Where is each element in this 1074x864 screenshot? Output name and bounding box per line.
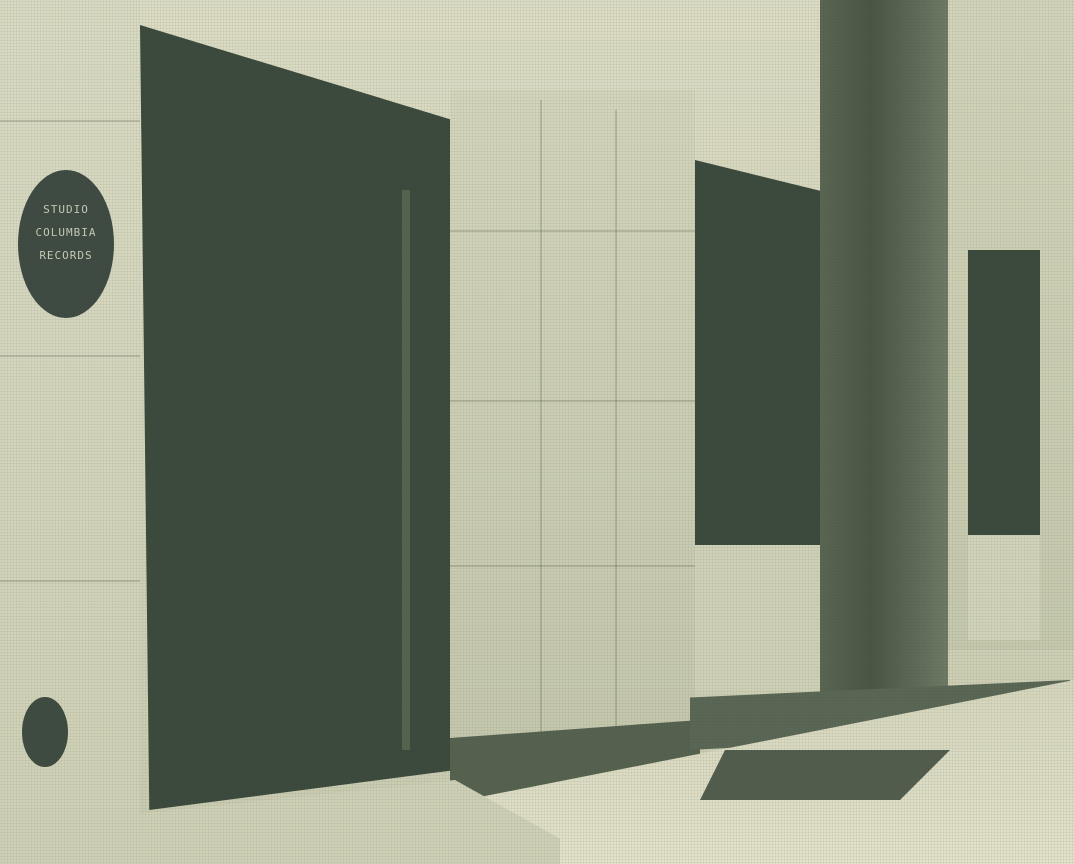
pillar <box>820 0 948 720</box>
stone-joint <box>450 565 695 567</box>
left-wall <box>0 0 140 864</box>
studio-plaque: STUDIO COLUMBIA RECORDS <box>18 170 114 318</box>
window-left <box>695 160 820 545</box>
window-right <box>968 250 1040 535</box>
center-wall <box>450 90 695 750</box>
stone-joint <box>0 355 140 357</box>
window-sill-panel <box>968 535 1040 640</box>
stone-joint <box>615 110 617 730</box>
stone-joint <box>450 230 695 232</box>
plaque-line-1: STUDIO <box>18 198 114 221</box>
photograph: STUDIO COLUMBIA RECORDS <box>0 0 1074 864</box>
stone-joint <box>0 120 140 122</box>
stone-joint <box>0 580 140 582</box>
window-sill-panel <box>695 545 820 690</box>
door-frame-edge <box>402 190 410 750</box>
stone-joint <box>540 100 542 740</box>
plaque-line-2: COLUMBIA <box>18 221 114 244</box>
wall-fixture <box>22 697 68 767</box>
stone-joint <box>450 400 695 402</box>
plaque-line-3: RECORDS <box>18 244 114 267</box>
